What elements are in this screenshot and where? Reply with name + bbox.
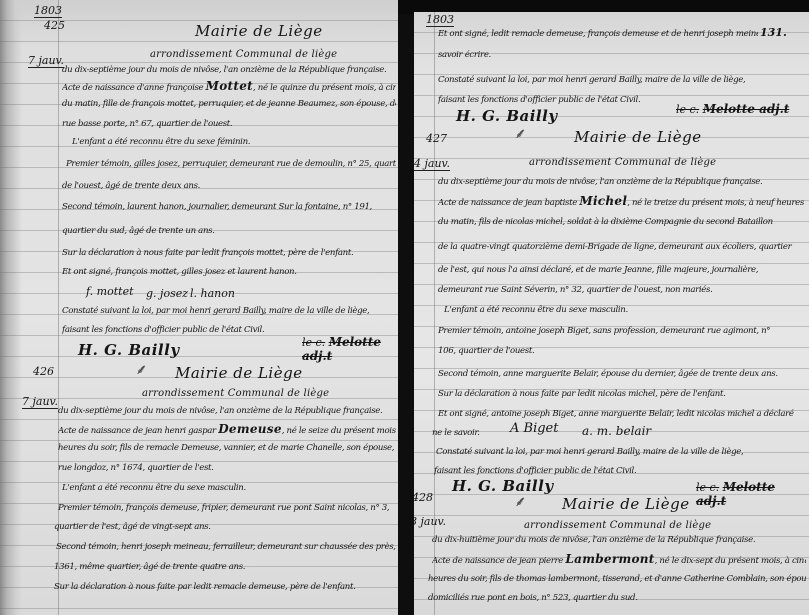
record-line: ne le savoir.	[432, 427, 512, 439]
record-line: Sur la déclaration à nous faite par ledi…	[438, 388, 806, 400]
record-line: Second témoin, anne marguerite Belair, é…	[438, 368, 806, 380]
record-line-text: , né le dix-sept du présent mois, à cinq	[655, 556, 806, 566]
record-line: Acte de naissance de jean henri gaspar D…	[58, 423, 396, 437]
record-line: demeurant rue Saint Séverin, n° 32, quar…	[438, 284, 806, 296]
book-gutter	[398, 0, 414, 615]
record-number: 428	[414, 491, 433, 504]
record-line: Constaté suivant la loi, par moi henri g…	[436, 446, 806, 458]
record-line-text: Acte de naissance d'anne françoise	[62, 83, 203, 93]
year-value: 1803	[426, 13, 454, 27]
record-heading: Mairie de Liège	[562, 495, 690, 513]
record-line: Et ont signé, françois mottet, gilles jo…	[62, 266, 396, 278]
record-number: 427	[426, 132, 447, 145]
record-heading: Mairie de Liège	[175, 364, 303, 382]
record-line: du matin, fille de françois mottet, perr…	[62, 98, 396, 110]
deputy-name: Melotte adj.t	[703, 102, 790, 116]
record-line: du dix-septième jour du mois de nivôse, …	[438, 176, 806, 188]
signature-flourish: ⸙	[135, 360, 146, 379]
right-page: 1803 131. Et ont signé, ledit remacle de…	[414, 12, 809, 615]
record-line-text: Acte de naissance de jean baptiste	[438, 198, 577, 208]
deputy-signature: le c. Melotte adj.t	[676, 102, 789, 116]
record-line: Acte de naissance de jean pierre Lamberm…	[432, 553, 806, 567]
record-line: du dix-septième jour du mois de nivôse, …	[62, 64, 396, 76]
record-line: de la quatre-vingt quatorzième demi-Brig…	[438, 241, 806, 253]
record-line: faisant les fonctions d'officier public …	[438, 94, 688, 106]
deputy-prefix: le c.	[696, 481, 719, 494]
record-line: Premier témoin, gilles josez, perruquier…	[66, 158, 396, 170]
signature-flourish: ⸙	[514, 492, 525, 511]
deputy-prefix: le c.	[302, 336, 325, 349]
record-count-note: 425	[44, 19, 65, 32]
record-line-text: , né le quinze du présent mois, à cinq h…	[253, 83, 396, 93]
record-line: Acte de naissance de jean baptiste Miche…	[438, 195, 806, 209]
witness-signature: f. mottet	[86, 285, 134, 298]
record-line: de l'ouest, âgé de trente deux ans.	[62, 180, 392, 192]
record-subheading: arrondissement Communal de liège	[142, 388, 329, 399]
record-line: rue longdoz, n° 1674, quartier de l'est.	[58, 462, 396, 474]
child-surname: Lambermont	[565, 553, 654, 566]
deputy-signature: le c. Melotte adj.t	[302, 335, 398, 363]
record-line: Constaté suivant la loi, par moi henri g…	[62, 305, 396, 317]
margin-date: 7 jauv.	[22, 395, 58, 408]
year-note: 1803	[34, 4, 62, 17]
margin-date-text: 4 jauv.	[414, 157, 450, 171]
record-line: quartier du sud, âgé de trente un ans.	[62, 225, 396, 237]
record-heading: Mairie de Liège	[195, 22, 323, 40]
margin-date: 8 jauv.	[414, 515, 446, 528]
record-line-text: Acte de naissance de jean pierre	[432, 556, 563, 566]
mayor-signature: H. G. Bailly	[456, 107, 558, 125]
record-line-text: , né le seize du présent mois, à dix	[282, 426, 396, 436]
mayor-signature: H. G. Bailly	[452, 477, 554, 495]
record-line: Premier témoin, antoine joseph Biget, sa…	[438, 325, 806, 337]
record-line: Et ont signé, ledit remacle demeuse, fra…	[438, 28, 758, 40]
record-line-text: Acte de naissance de jean henri gaspar	[58, 426, 216, 436]
record-line: L'enfant a été reconnu être du sexe fémi…	[72, 136, 392, 148]
record-line: 106, quartier de l'ouest.	[438, 345, 806, 357]
record-line-text: , né le treize du présent mois, à neuf h…	[627, 198, 804, 208]
record-line: Second témoin, henri joseph meineau, fer…	[56, 541, 396, 553]
record-line: quartier de l'est, âgé de vingt-sept ans…	[54, 521, 392, 533]
record-line: faisant les fonctions d'officier public …	[434, 465, 714, 477]
record-line: du matin, fils de nicolas michel, soldat…	[438, 216, 806, 228]
left-page: 1803 425 Mairie de Liège arrondissement …	[0, 0, 398, 615]
record-line: Sur la déclaration à nous faite par ledi…	[62, 247, 396, 259]
record-line: Second témoin, laurent hanon, journalier…	[62, 201, 396, 213]
record-line: du dix-septième jour du mois de nivôse, …	[58, 405, 396, 417]
record-subheading: arrondissement Communal de liège	[150, 49, 337, 60]
witness-signature: g. josez	[146, 287, 188, 300]
record-subheading: arrondissement Communal de liège	[524, 520, 711, 531]
record-number: 426	[33, 365, 54, 378]
record-line: Premier témoin, françois demeuse, fripie…	[58, 502, 396, 514]
child-surname: Demeuse	[218, 423, 282, 436]
record-line: du dix-huitième jour du mois de nivôse, …	[432, 534, 806, 546]
deputy-prefix: le c.	[676, 103, 699, 116]
record-line: Sur la déclaration à nous faite par ledi…	[54, 581, 394, 593]
record-line: heures du soir, fils de thomas lambermon…	[428, 573, 806, 585]
year-note: 1803	[426, 13, 454, 26]
record-line: heures du soir, fils de remacle Demeuse,…	[58, 442, 396, 454]
record-line: savoir écrire.	[438, 49, 798, 61]
witness-signature: a. m. belair	[582, 424, 651, 438]
signature-flourish: ⸙	[514, 124, 525, 143]
record-line: Et ont signé, antoine joseph Biget, anne…	[438, 408, 806, 420]
child-surname: Mottet	[206, 80, 253, 93]
record-heading: Mairie de Liège	[574, 128, 702, 146]
folio-number: 131.	[760, 26, 787, 39]
record-subheading: arrondissement Communal de liège	[529, 157, 716, 168]
year-value: 1803	[34, 4, 62, 18]
record-line: L'enfant a été reconnu être du sexe masc…	[444, 304, 804, 316]
witness-signature: l. hanon	[190, 287, 235, 300]
record-line: Acte de naissance d'anne françoise Motte…	[62, 80, 396, 94]
mayor-signature: H. G. Bailly	[78, 341, 180, 359]
margin-date: 7 jauv.	[28, 54, 64, 67]
margin-date: 4 jauv.	[414, 157, 450, 170]
record-line: 1361, même quartier, âgé de trente quatr…	[54, 561, 394, 573]
child-surname: Michel	[579, 195, 627, 208]
record-line: rue basse porte, n° 67, quartier de l'ou…	[62, 118, 396, 130]
record-line: faisant les fonctions d'officier public …	[62, 324, 312, 336]
margin-date-text: 8 jauv.	[414, 515, 446, 528]
record-line: Constaté suivant la loi, par moi henri g…	[438, 74, 803, 86]
record-line: de l'est, qui nous l'a ainsi déclaré, et…	[438, 264, 806, 276]
margin-date-text: 7 jauv.	[28, 54, 64, 68]
record-line: L'enfant a été reconnu être du sexe masc…	[62, 482, 392, 494]
witness-signature: A Biget	[510, 421, 558, 436]
deputy-signature: le c. Melotte adj.t	[696, 480, 809, 508]
margin-date-text: 7 jauv.	[22, 395, 58, 409]
record-line: domiciliés rue pont en bois, n° 523, qua…	[428, 592, 728, 604]
